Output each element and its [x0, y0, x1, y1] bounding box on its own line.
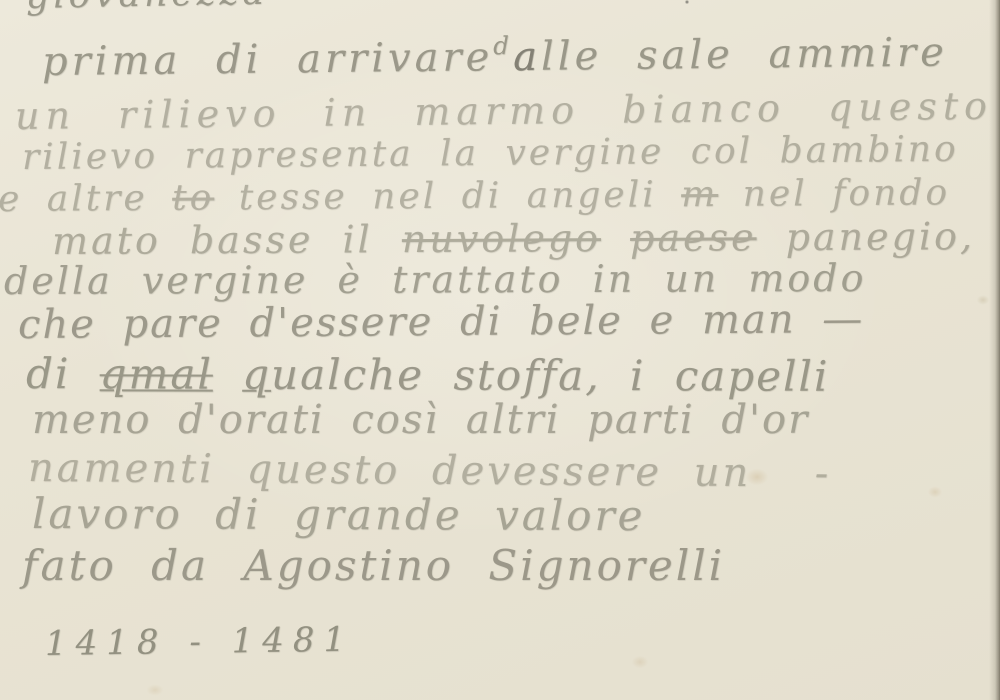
- handwritten-line: lavoro di grande valore: [32, 489, 646, 540]
- handwritten-segment-sup: d: [493, 31, 513, 60]
- handwritten-segment: meno d'orati così altri parti d'or: [32, 397, 809, 443]
- page-edge: [989, 0, 1000, 700]
- handwritten-segment: mato basse il: [52, 217, 402, 263]
- handwritten-segment: panegio,: [756, 214, 975, 259]
- handwritten-line: giovanezza: [26, 0, 269, 17]
- handwritten-segment: tesse nel di angeli: [214, 174, 681, 218]
- handwritten-text: giovanezzaprima di arrivaredalle sale am…: [0, 0, 1000, 700]
- handwritten-segment-strike-underline: qmal: [100, 349, 213, 398]
- handwritten-line: prima di arrivaredalle sale ammire: [42, 27, 948, 85]
- handwritten-segment-strike: paese: [630, 215, 757, 260]
- handwritten-segment-dark: a: [513, 34, 541, 80]
- handwritten-line: della vergine è trattato in un modo: [4, 256, 867, 303]
- handwritten-segment-strike: m: [681, 174, 718, 215]
- handwritten-segment: ualche stoffa, i capelli: [271, 350, 829, 401]
- handwritten-line: rilievo rapresenta la vergine col bambin…: [22, 129, 959, 178]
- handwritten-segment: lle sale ammire: [541, 30, 948, 80]
- handwritten-segment: prima di arrivare: [42, 34, 494, 85]
- handwritten-segment: della vergine è trattato in un modo: [4, 256, 867, 303]
- handwritten-segment: 1418 - 1481: [45, 620, 355, 664]
- handwritten-line: di qmal qualche stoffa, i capelli: [26, 349, 830, 401]
- handwritten-segment-underline: q: [242, 350, 271, 399]
- handwritten-line: fato da Agostino Signorelli: [22, 541, 725, 590]
- handwritten-line: che pare d'essere di bele e man —: [18, 296, 865, 348]
- manuscript-page: giovanezzaprima di arrivaredalle sale am…: [0, 0, 1000, 700]
- handwritten-segment: giovanezza: [26, 0, 269, 17]
- handwritten-segment-strike: to: [172, 177, 214, 218]
- handwritten-segment: [601, 216, 630, 260]
- handwritten-line: meno d'orati così altri parti d'or: [32, 397, 809, 443]
- handwritten-segment: lavoro di grande valore: [32, 489, 646, 540]
- handwritten-line: 1418 - 1481: [45, 620, 355, 664]
- handwritten-line: e altre to tesse nel di angeli m nel fon…: [0, 172, 950, 220]
- handwritten-segment: fato da Agostino Signorelli: [22, 541, 725, 590]
- handwritten-segment: nel fondo: [718, 172, 950, 215]
- handwritten-segment: [213, 350, 243, 399]
- handwritten-segment: rilievo rapresenta la vergine col bambin…: [22, 129, 959, 178]
- handwritten-segment: di: [26, 349, 100, 398]
- handwritten-segment-strike: nuvolego: [402, 216, 601, 261]
- handwritten-segment: che pare d'essere di bele e man —: [18, 296, 865, 348]
- handwritten-segment: e altre: [0, 178, 172, 220]
